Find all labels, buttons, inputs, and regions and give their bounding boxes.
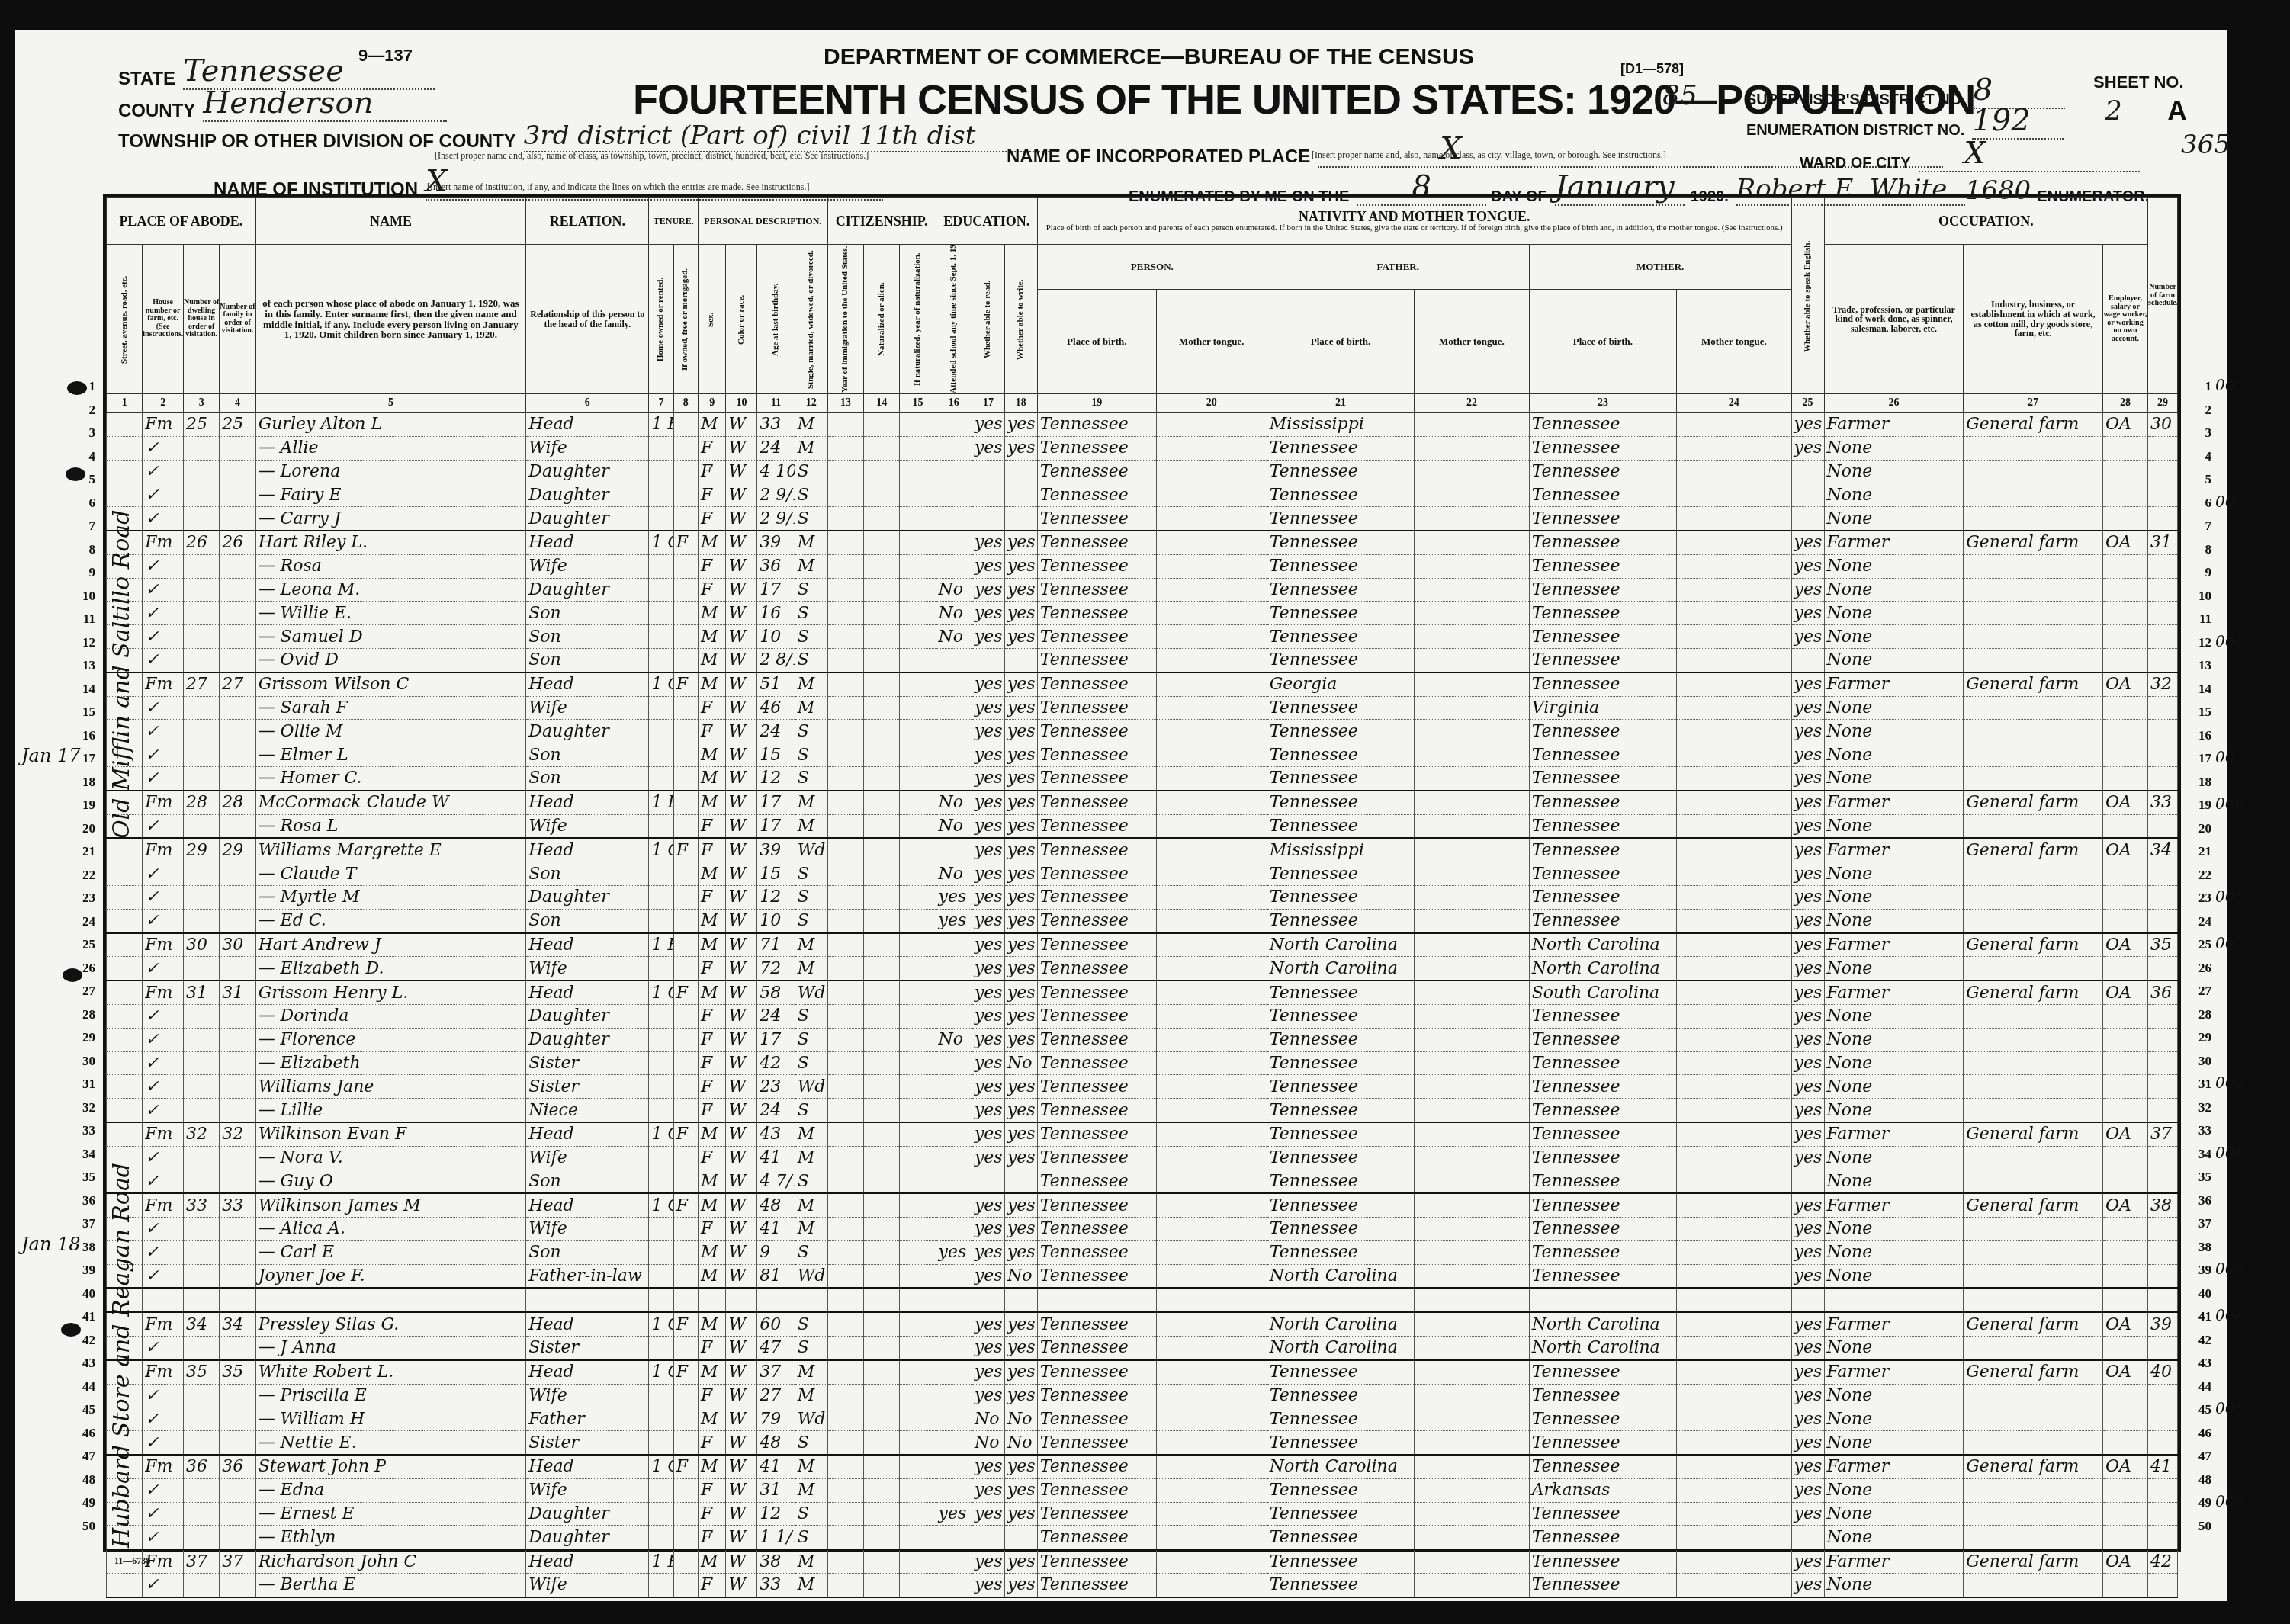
cell-industry	[1964, 743, 2103, 767]
cell-empty	[1677, 1502, 1792, 1526]
cell-industry	[1964, 814, 2103, 838]
cell-name: — Elizabeth	[255, 1051, 526, 1075]
cell-own	[649, 436, 673, 460]
cell-age: 36	[757, 554, 795, 578]
cell-empty	[827, 743, 863, 767]
cell-own	[649, 1526, 673, 1549]
cell-sex: F	[698, 483, 726, 507]
cell-empty	[827, 413, 863, 437]
cell-sex: M	[698, 1193, 726, 1217]
cell-write: yes	[1004, 862, 1037, 886]
cell-name: — Ollie M	[255, 720, 526, 743]
cell-empty	[1415, 980, 1529, 1004]
cell-write: yes	[1004, 766, 1037, 790]
cell-own	[649, 460, 673, 483]
cell-f-birth: Tennessee	[1267, 1218, 1414, 1241]
cell-dwelling	[184, 720, 220, 743]
cell-industry: General farm	[1964, 1360, 2103, 1384]
col-24-header: Mother tongue.	[1677, 289, 1792, 393]
cell-empty	[1156, 507, 1267, 531]
cell-mort	[673, 1384, 698, 1407]
cell-empty	[1415, 413, 1529, 437]
cell-empty	[1415, 838, 1529, 862]
cell-mort	[673, 1075, 698, 1099]
cell-farm: ✓	[143, 862, 184, 886]
cell-own	[649, 483, 673, 507]
cell-english: yes	[1791, 1431, 1824, 1455]
group-father: FATHER.	[1267, 245, 1529, 290]
cell-school	[936, 1146, 972, 1170]
cell-farm: Fm	[143, 1122, 184, 1146]
cell-write	[1004, 648, 1037, 672]
line-number: 44	[72, 1379, 95, 1395]
cell-age: 15	[757, 743, 795, 767]
cell-empty	[827, 460, 863, 483]
cell-birth: Tennessee	[1037, 1218, 1156, 1241]
cell-english: yes	[1791, 625, 1824, 649]
cell-relation: Head	[526, 1360, 649, 1384]
cell-empty	[864, 1407, 900, 1431]
cell-dwelling	[184, 814, 220, 838]
cell-class	[2102, 1288, 2147, 1312]
line-number: 35	[72, 1170, 95, 1185]
cell-empty	[900, 1549, 936, 1573]
cell-farm-no	[2148, 1407, 2178, 1431]
cell-empty	[1415, 1075, 1529, 1099]
cell-f-birth: Tennessee	[1267, 648, 1414, 672]
line-number: 36	[2189, 1193, 2211, 1208]
cell-read: yes	[972, 838, 1004, 862]
line-number: 10	[72, 589, 95, 604]
cell-class: OA	[2102, 791, 2147, 814]
cell-marital: M	[795, 1193, 827, 1217]
cell-family: 35	[220, 1360, 255, 1384]
cell-family	[220, 814, 255, 838]
cell-empty	[1156, 957, 1267, 980]
cell-age: 31	[757, 1478, 795, 1502]
cell-dwelling	[184, 1051, 220, 1075]
cell-dwelling	[184, 1004, 220, 1028]
census-table: PLACE OF ABODE. NAME RELATION. TENURE. P…	[103, 194, 2181, 1552]
cell-empty	[900, 909, 936, 932]
cell-write: yes	[1004, 1337, 1037, 1360]
cell-class	[2102, 554, 2147, 578]
cell-mort	[673, 909, 698, 932]
cell-write: yes	[1004, 1075, 1037, 1099]
cell-empty	[1677, 578, 1792, 602]
cell-empty	[900, 436, 936, 460]
cell-marital: M	[795, 814, 827, 838]
cell-farm: Fm	[143, 531, 184, 554]
cell-own	[649, 743, 673, 767]
line-number: 10	[2189, 589, 2211, 604]
cell-dwelling	[184, 1099, 220, 1122]
cell-birth: Tennessee	[1037, 1122, 1156, 1146]
cell-dwelling	[184, 1264, 220, 1288]
cell-empty	[1415, 602, 1529, 625]
cell-marital: M	[795, 696, 827, 720]
cell-empty	[864, 1574, 900, 1597]
cell-f-birth: Tennessee	[1267, 1122, 1414, 1146]
column-number: 2	[143, 394, 184, 413]
cell-empty	[864, 1384, 900, 1407]
cell-empty	[1156, 1122, 1267, 1146]
cell-school	[936, 1549, 972, 1573]
cell-family: 36	[220, 1455, 255, 1478]
cell-marital: S	[795, 1099, 827, 1122]
cell-farm-no	[2148, 1384, 2178, 1407]
cell-family	[220, 1431, 255, 1455]
cell-empty	[827, 1122, 863, 1146]
cell-school: No	[936, 791, 972, 814]
cell-dwelling: 30	[184, 933, 220, 957]
cell-age: 1 1/12	[757, 1526, 795, 1549]
code-annotation: 000	[2215, 1399, 2244, 1417]
cell-farm-no	[2148, 1526, 2178, 1549]
cell-family	[220, 483, 255, 507]
cell-marital: S	[795, 743, 827, 767]
cell-sex: F	[698, 460, 726, 483]
cell-empty	[1677, 1075, 1792, 1099]
cell-name: Wilkinson James M	[255, 1193, 526, 1217]
cell-marital: M	[795, 1549, 827, 1573]
cell-empty	[1677, 1240, 1792, 1264]
cell-f-birth: Tennessee	[1267, 791, 1414, 814]
cell-farm: ✓	[143, 814, 184, 838]
col-27-header: Industry, business, or establishment in …	[1964, 245, 2103, 394]
cell-class	[2102, 696, 2147, 720]
cell-empty	[1677, 791, 1792, 814]
cell-empty	[900, 1288, 936, 1312]
cell-farm: Fm	[143, 1193, 184, 1217]
cell-farm: ✓	[143, 1146, 184, 1170]
cell-m-birth: Arkansas	[1529, 1478, 1676, 1502]
table-row: ✓— DorindaDaughterFW24SyesyesTennesseeTe…	[107, 1004, 2178, 1028]
cell-industry: General farm	[1964, 1122, 2103, 1146]
cell-marital: S	[795, 862, 827, 886]
cell-write: No	[1004, 1407, 1037, 1431]
cell-family	[220, 1028, 255, 1051]
cell-age: 79	[757, 1407, 795, 1431]
cell-trade: None	[1824, 1075, 1964, 1099]
cell-relation: Sister	[526, 1431, 649, 1455]
line-number: 48	[72, 1472, 95, 1488]
line-number: 11	[2189, 611, 2211, 627]
cell-farm: ✓	[143, 1502, 184, 1526]
line-number: 19	[2189, 798, 2211, 813]
cell-class	[2102, 1146, 2147, 1170]
cell-race: W	[726, 1549, 757, 1573]
cell-read: yes	[972, 1574, 1004, 1597]
cell-f-birth: Tennessee	[1267, 1028, 1414, 1051]
cell-trade: None	[1824, 957, 1964, 980]
cell-name: — Elmer L	[255, 743, 526, 767]
cell-farm: ✓	[143, 957, 184, 980]
cell-own	[649, 1146, 673, 1170]
cell-farm-no: 35	[2148, 933, 2178, 957]
cell-empty	[827, 909, 863, 932]
line-number: 50	[2189, 1519, 2211, 1534]
group-tenure: TENURE.	[649, 198, 698, 245]
cell-dwelling	[184, 1407, 220, 1431]
cell-marital: S	[795, 483, 827, 507]
line-number: 23	[72, 891, 95, 906]
cell-own: 1 R	[649, 791, 673, 814]
cell-birth: Tennessee	[1037, 791, 1156, 814]
cell-trade: None	[1824, 460, 1964, 483]
cell-empty	[1156, 672, 1267, 696]
cell-farm-no	[2148, 483, 2178, 507]
cell-industry	[1964, 602, 2103, 625]
cell-age: 37	[757, 1360, 795, 1384]
cell-class	[2102, 1384, 2147, 1407]
cell-write: yes	[1004, 791, 1037, 814]
cell-birth: Tennessee	[1037, 720, 1156, 743]
cell-school	[936, 980, 972, 1004]
cell-empty	[900, 1384, 936, 1407]
cell-race: W	[726, 791, 757, 814]
line-number: 49	[72, 1495, 95, 1510]
table-row: ✓— Samuel DSonMW10SNoyesyesTennesseeTenn…	[107, 625, 2178, 649]
cell-marital: S	[795, 1170, 827, 1193]
cell-empty	[1156, 1337, 1267, 1360]
cell-empty	[864, 1075, 900, 1099]
cell-empty	[827, 885, 863, 909]
cell-mort: F	[673, 1455, 698, 1478]
cell-class	[2102, 1431, 2147, 1455]
cell-trade: None	[1824, 625, 1964, 649]
state-field: State Tennessee	[118, 53, 435, 90]
cell-empty	[864, 980, 900, 1004]
cell-farm: ✓	[143, 885, 184, 909]
cell-empty	[827, 957, 863, 980]
cell-empty	[1156, 1240, 1267, 1264]
cell-name: — Ed C.	[255, 909, 526, 932]
cell-empty	[1677, 1312, 1792, 1336]
table-row: ✓— Nettie E.SisterFW48SNoNoTennesseeTenn…	[107, 1431, 2178, 1455]
cell-dwelling	[184, 578, 220, 602]
line-number: 43	[72, 1356, 95, 1371]
cell-dwelling	[184, 507, 220, 531]
cell-class: OA	[2102, 672, 2147, 696]
cell-empty	[1677, 980, 1792, 1004]
cell-sex	[698, 1288, 726, 1312]
cell-read: yes	[972, 1028, 1004, 1051]
cell-empty	[1156, 1146, 1267, 1170]
cell-farm: ✓	[143, 554, 184, 578]
cell-own: 1 O	[649, 672, 673, 696]
cell-empty	[1677, 1431, 1792, 1455]
cell-birth: Tennessee	[1037, 1526, 1156, 1549]
cell-empty	[864, 460, 900, 483]
cell-m-birth: Tennessee	[1529, 483, 1676, 507]
cell-trade: Farmer	[1824, 672, 1964, 696]
cell-empty	[1677, 1170, 1792, 1193]
cell-relation: Head	[526, 672, 649, 696]
cell-f-birth: Tennessee	[1267, 1193, 1414, 1217]
cell-f-birth: Tennessee	[1267, 436, 1414, 460]
cell-farm: ✓	[143, 1431, 184, 1455]
cell-m-birth: Tennessee	[1529, 1004, 1676, 1028]
cell-f-birth: Tennessee	[1267, 1549, 1414, 1573]
cell-empty	[864, 1549, 900, 1573]
cell-farm-no	[2148, 1075, 2178, 1099]
cell-english: yes	[1791, 1312, 1824, 1336]
cell-f-birth: Tennessee	[1267, 460, 1414, 483]
cell-empty	[1156, 1218, 1267, 1241]
cell-age: 9	[757, 1240, 795, 1264]
cell-sex: M	[698, 625, 726, 649]
cell-school	[936, 1264, 972, 1288]
cell-english: yes	[1791, 1218, 1824, 1241]
cell-farm: ✓	[143, 696, 184, 720]
cell-industry	[1964, 460, 2103, 483]
cell-empty	[1156, 1360, 1267, 1384]
cell-write: No	[1004, 1051, 1037, 1075]
cell-m-birth: North Carolina	[1529, 1312, 1676, 1336]
cell-empty	[1677, 909, 1792, 932]
cell-empty	[900, 602, 936, 625]
cell-class	[2102, 1526, 2147, 1549]
cell-write: yes	[1004, 672, 1037, 696]
cell-class	[2102, 648, 2147, 672]
cell-dwelling	[184, 1170, 220, 1193]
cell-empty	[1677, 766, 1792, 790]
cell-relation: Daughter	[526, 507, 649, 531]
cell-read: yes	[972, 1502, 1004, 1526]
cell-read: yes	[972, 696, 1004, 720]
cell-own	[649, 648, 673, 672]
cell-farm: ✓	[143, 1075, 184, 1099]
cell-school: yes	[936, 909, 972, 932]
cell-empty	[1677, 483, 1792, 507]
cell-birth: Tennessee	[1037, 460, 1156, 483]
cell-empty	[900, 980, 936, 1004]
cell-own	[649, 602, 673, 625]
cell-empty	[1156, 862, 1267, 886]
cell-name: Williams Jane	[255, 1075, 526, 1099]
cell-relation: Head	[526, 838, 649, 862]
cell-school	[936, 413, 972, 437]
cell-f-birth: Tennessee	[1267, 1146, 1414, 1170]
cell-race: W	[726, 578, 757, 602]
cell-own	[649, 1288, 673, 1312]
cell-dwelling: 27	[184, 672, 220, 696]
cell-farm-no	[2148, 1028, 2178, 1051]
cell-dwelling	[184, 1574, 220, 1597]
cell-marital: Wd	[795, 1264, 827, 1288]
cell-relation: Daughter	[526, 1526, 649, 1549]
cell-age: 42	[757, 1051, 795, 1075]
column-number: 9	[698, 394, 726, 413]
cell-empty	[827, 1549, 863, 1573]
cell-birth: Tennessee	[1037, 531, 1156, 554]
cell-f-birth: North Carolina	[1267, 933, 1414, 957]
cell-own	[649, 720, 673, 743]
cell-empty	[1156, 980, 1267, 1004]
cell-empty	[1156, 909, 1267, 932]
cell-class	[2102, 957, 2147, 980]
column-number: 22	[1415, 394, 1529, 413]
cell-marital: M	[795, 436, 827, 460]
cell-empty	[827, 648, 863, 672]
code-annotation: 00	[2215, 493, 2234, 511]
line-number: 47	[72, 1449, 95, 1464]
cell-trade: None	[1824, 1407, 1964, 1431]
cell-farm: ✓	[143, 483, 184, 507]
cell-age: 17	[757, 791, 795, 814]
line-number: 20	[72, 821, 95, 836]
cell-school	[936, 1075, 972, 1099]
cell-m-birth: Tennessee	[1529, 578, 1676, 602]
cell-empty	[827, 1407, 863, 1431]
cell-empty	[1156, 460, 1267, 483]
cell-sex: M	[698, 766, 726, 790]
cell-relation: Son	[526, 648, 649, 672]
cell-industry: General farm	[1964, 791, 2103, 814]
cell-family: 28	[220, 791, 255, 814]
cell-write: yes	[1004, 1146, 1037, 1170]
cell-read: No	[972, 1431, 1004, 1455]
cell-empty	[900, 531, 936, 554]
cell-empty	[1415, 1122, 1529, 1146]
cell-trade: None	[1824, 696, 1964, 720]
line-number: 32	[2189, 1100, 2211, 1115]
cell-m-birth: Tennessee	[1529, 885, 1676, 909]
cell-age: 60	[757, 1312, 795, 1336]
cell-farm-no	[2148, 1004, 2178, 1028]
cell-birth: Tennessee	[1037, 957, 1156, 980]
line-number: 14	[2189, 682, 2211, 697]
cell-race: W	[726, 1218, 757, 1241]
cell-empty	[1415, 766, 1529, 790]
cell-birth: Tennessee	[1037, 933, 1156, 957]
cell-dwelling	[184, 1384, 220, 1407]
cell-trade: None	[1824, 720, 1964, 743]
cell-age: 24	[757, 436, 795, 460]
cell-write: yes	[1004, 933, 1037, 957]
line-number: 37	[2189, 1216, 2211, 1231]
cell-english: yes	[1791, 933, 1824, 957]
cell-f-birth: North Carolina	[1267, 957, 1414, 980]
column-number: 6	[526, 394, 649, 413]
cell-write: yes	[1004, 436, 1037, 460]
cell-f-birth: Tennessee	[1267, 1360, 1414, 1384]
cell-empty	[900, 885, 936, 909]
cell-f-birth: Tennessee	[1267, 1240, 1414, 1264]
cell-trade: Farmer	[1824, 413, 1964, 437]
cell-race: W	[726, 1122, 757, 1146]
cell-m-birth: Tennessee	[1529, 602, 1676, 625]
cell-own	[649, 1051, 673, 1075]
cell-age: 16	[757, 602, 795, 625]
cell-empty	[1415, 1574, 1529, 1597]
cell-mort: F	[673, 980, 698, 1004]
code-annotation: 000	[2215, 887, 2244, 906]
cell-english: yes	[1791, 554, 1824, 578]
cell-empty	[864, 1337, 900, 1360]
cell-birth: Tennessee	[1037, 625, 1156, 649]
cell-dwelling	[184, 1240, 220, 1264]
cell-english: yes	[1791, 1075, 1824, 1099]
cell-family	[220, 1004, 255, 1028]
cell-own	[649, 625, 673, 649]
cell-f-birth	[1267, 1288, 1414, 1312]
cell-farm: Fm	[143, 933, 184, 957]
cell-english: yes	[1791, 1028, 1824, 1051]
cell-industry	[1964, 648, 2103, 672]
cell-marital	[795, 1288, 827, 1312]
